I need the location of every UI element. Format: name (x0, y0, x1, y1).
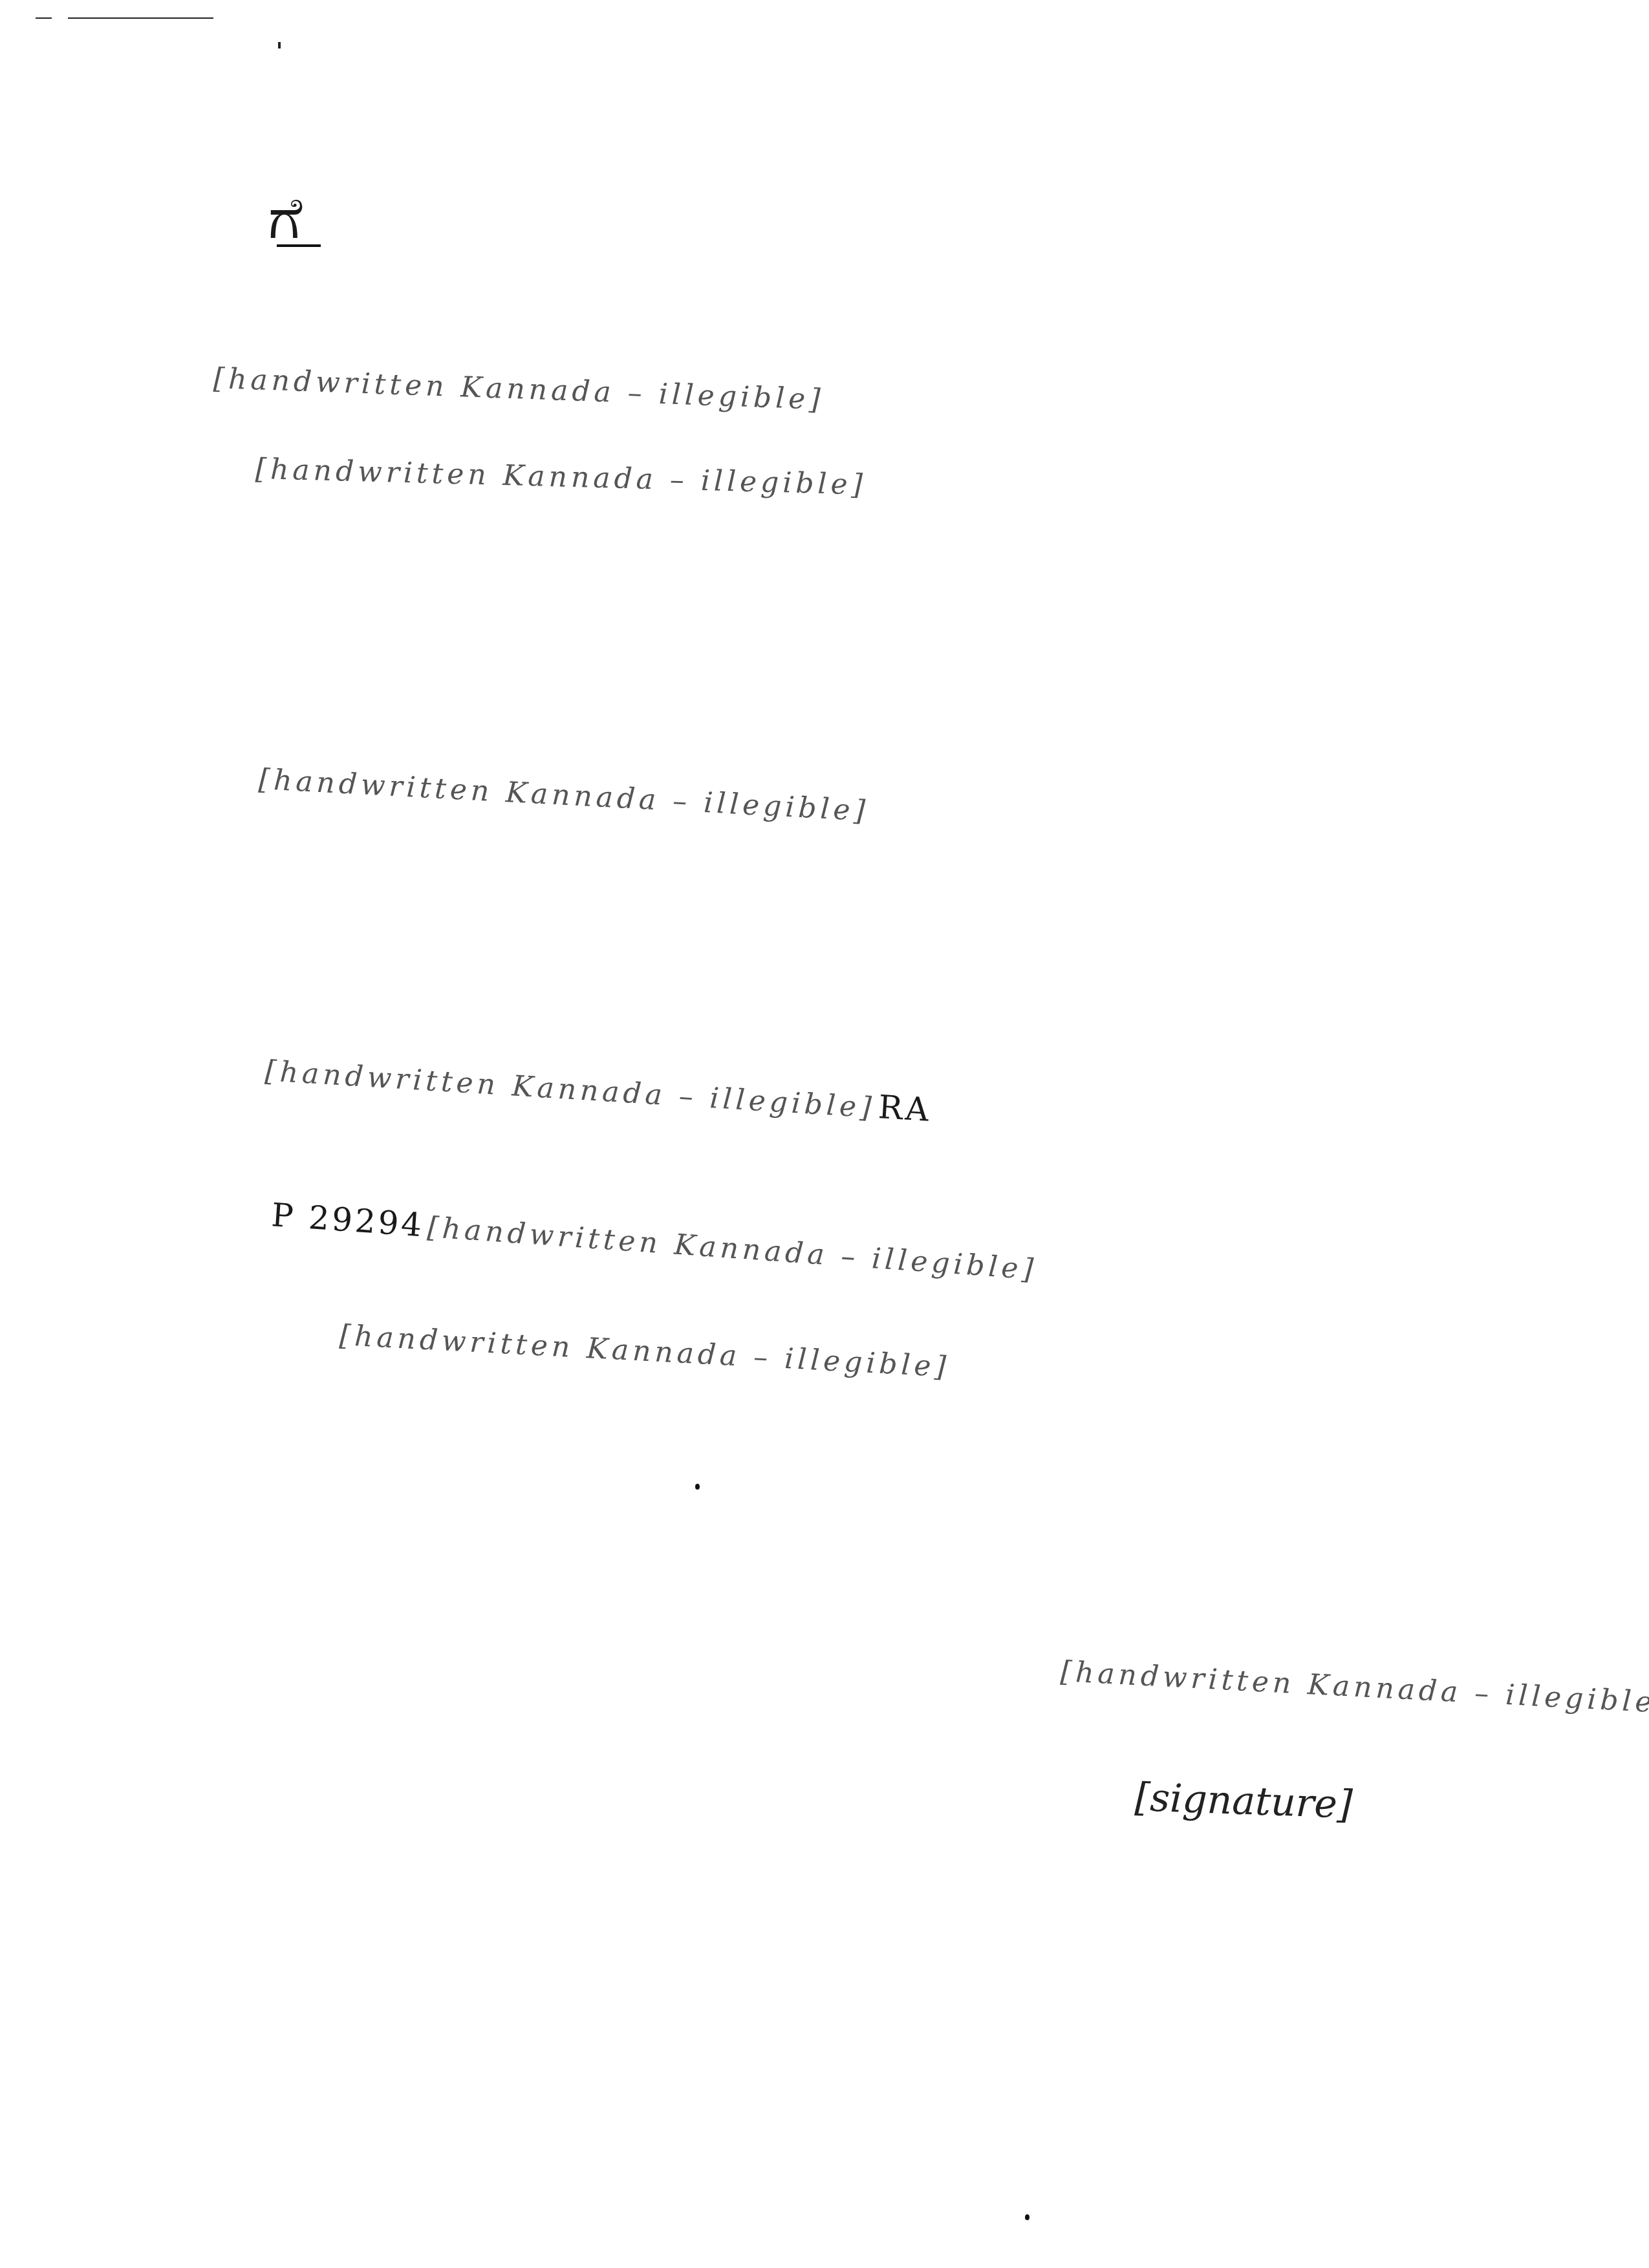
body-line-2-text: [handwritten Kannada – illegible] (426, 1211, 1038, 1287)
body-line-3: [handwritten Kannada – illegible] (339, 1319, 951, 1384)
body-line-2: P 29294 [handwritten Kannada – illegible… (270, 1196, 1039, 1287)
salutation: ಗೆ (268, 184, 302, 253)
subject-line: [handwritten Kannada – illegible] (258, 763, 870, 828)
closing-line: [handwritten Kannada – illegible] (1060, 1655, 1649, 1720)
body-line-1: [handwritten Kannada – illegible] RA (264, 1051, 932, 1129)
body-line-1-text: [handwritten Kannada – illegible] (264, 1054, 876, 1125)
address-line-1: [handwritten Kannada – illegible] (213, 362, 824, 416)
scan-artifact (278, 42, 281, 48)
ink-dot (695, 1484, 700, 1490)
salutation-underline (277, 244, 321, 247)
reference-number: P 29294 (270, 1196, 426, 1244)
ink-dot (1025, 2214, 1029, 2220)
scan-artifact (36, 17, 52, 19)
address-line-2: [handwritten Kannada – illegible] (255, 453, 867, 502)
scan-artifact (68, 17, 213, 19)
signature: [signature] (1134, 1775, 1353, 1828)
body-line-1-code: RA (878, 1088, 932, 1129)
